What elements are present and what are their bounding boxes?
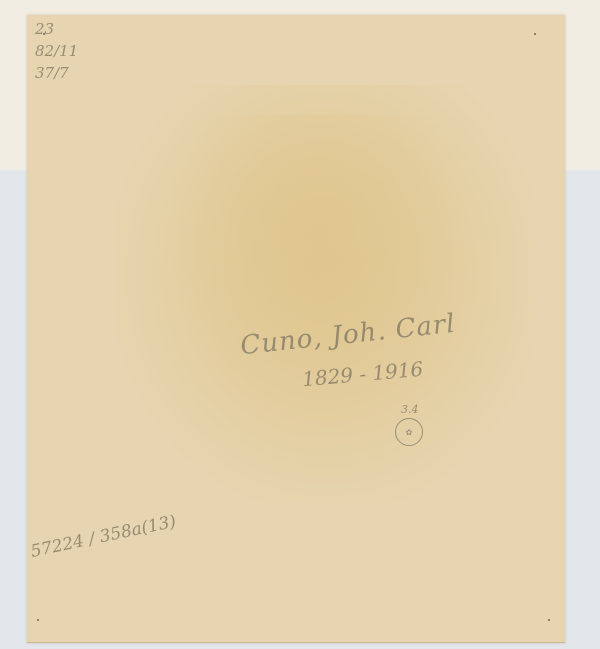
inventory-number-2: 82/11 — [35, 40, 78, 62]
collection-stamp-icon: ✿ — [395, 418, 423, 446]
pinhole-top-right — [534, 33, 536, 35]
inventory-numbers: 23 82/11 37/7 — [35, 18, 78, 84]
pinhole-bottom-right — [548, 619, 550, 621]
inventory-number-3: 37/7 — [35, 62, 78, 84]
stamp-number: 3.4 — [401, 403, 419, 416]
inventory-number-1: 23 — [35, 18, 78, 40]
pinhole-bottom-left — [37, 619, 39, 621]
